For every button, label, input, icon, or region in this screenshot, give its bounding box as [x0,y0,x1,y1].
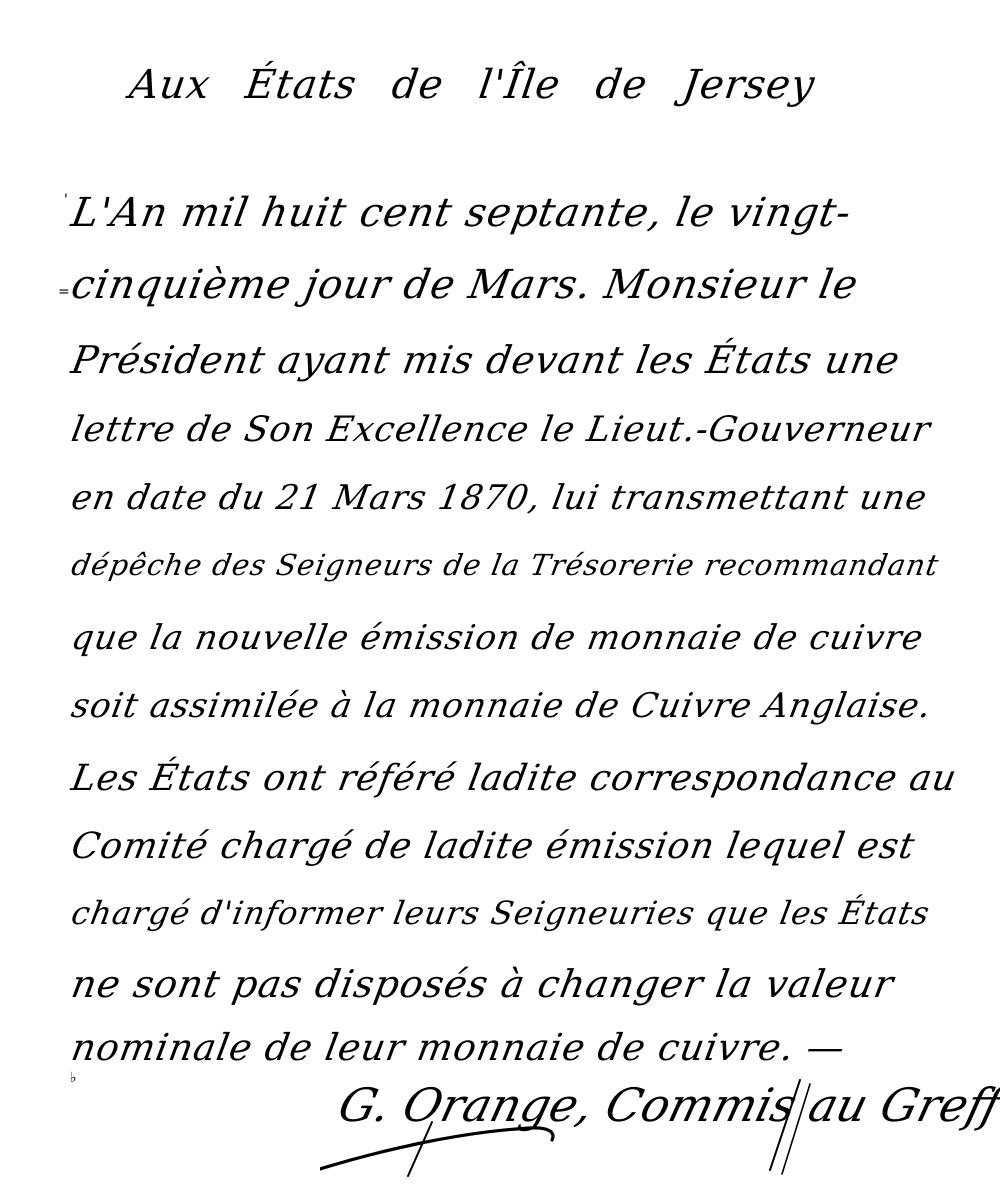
body-line-13: nominale de leur monnaie de cuivre. — [68,1026,849,1069]
margin-mark-flourish: ♭ [70,1070,77,1086]
body-line-8: soit assimilée à la monnaie de Cuivre An… [68,686,934,726]
signature-block: G. Orange, Commis au Greffe [320,1070,920,1180]
body-line-12: ne sont pas disposés à changer la valeur [68,962,897,1006]
body-line-2: cinquième jour de Mars. Monsieur le [68,262,862,308]
signature-text: G. Orange, Commis au Greffe [333,1078,1000,1132]
body-line-9: Les États ont référé ladite correspondan… [68,758,960,799]
body-line-1: L'An mil huit cent septante, le vingt- [68,190,855,236]
body-line-4: lettre de Son Excellence le Lieut.-Gouve… [68,410,933,450]
document-page: Aux États de l'Île de Jersey ' = ♭ L'An … [0,0,1000,1196]
body-line-7: que la nouvelle émission de monnaie de c… [68,618,926,658]
margin-mark-quote: ' [64,192,68,208]
body-line-11: chargé d'informer leurs Seigneuries que … [69,894,933,932]
body-line-3: Président ayant mis devant les États une [68,338,904,382]
body-line-10: Comité chargé de ladite émission lequel … [68,826,918,867]
margin-mark-equals: = [58,284,70,300]
body-line-5: en date du 21 Mars 1870, lui transmettan… [68,478,930,518]
body-line-6: dépêche des Seigneurs de la Trésorerie r… [69,548,942,582]
document-heading: Aux États de l'Île de Jersey [127,62,818,108]
